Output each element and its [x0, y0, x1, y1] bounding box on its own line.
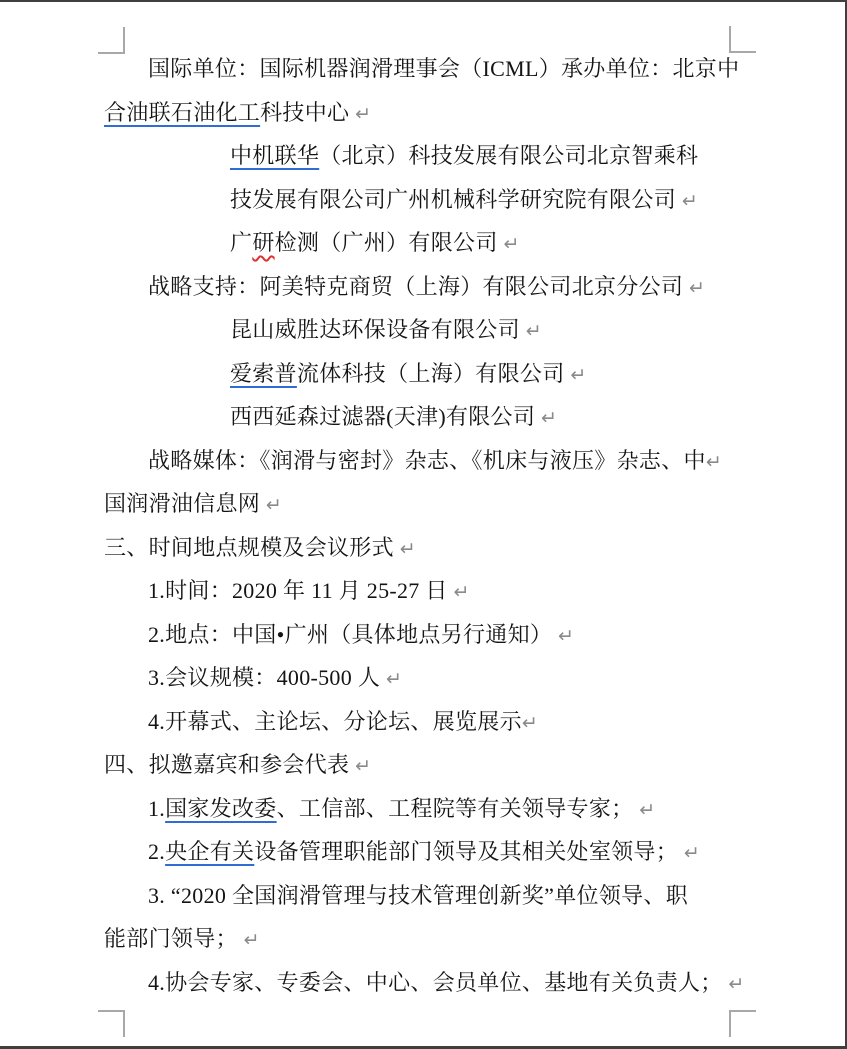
text-segment-underline: 国家发改委: [165, 796, 277, 821]
document-line[interactable]: 战略支持：阿美特克商贸（上海）有限公司北京分公司 ↵: [104, 265, 764, 309]
paragraph-mark-icon: ↵: [503, 233, 519, 255]
document-line[interactable]: 能部门领导； ↵: [104, 917, 764, 961]
text-segment: 检测（广州）有限公司: [275, 230, 504, 255]
document-line[interactable]: 3. “2020 全国润滑管理与技术管理创新奖”单位领导、职: [104, 874, 764, 918]
paragraph-mark-icon: ↵: [728, 973, 744, 995]
document-line[interactable]: 爱索普流体科技（上海）有限公司 ↵: [104, 352, 764, 396]
document-line[interactable]: 1.时间：2020 年 11 月 25-27 日 ↵: [104, 569, 764, 613]
paragraph-mark-icon: ↵: [541, 407, 557, 429]
document-line[interactable]: 广研检测（广州）有限公司 ↵: [104, 221, 764, 265]
text-segment: （北京）科技发展有限公司北京智乘科: [319, 143, 698, 168]
text-boundary-mark-bottom-left: [98, 1010, 125, 1037]
text-segment: 流体科技（上海）有限公司: [297, 361, 570, 386]
text-boundary-mark-bottom-right: [729, 1010, 756, 1037]
text-segment: 国润滑油信息网: [104, 491, 266, 516]
text-segment: 1.: [148, 796, 165, 821]
paragraph-mark-icon: ↵: [526, 320, 542, 342]
text-segment: 三、时间地点规模及会议形式: [104, 535, 400, 560]
document-line[interactable]: 3.会议规模：400-500 人 ↵: [104, 656, 764, 700]
paragraph-mark-icon: ↵: [355, 755, 371, 777]
text-segment: 科技中心: [260, 100, 355, 125]
text-segment: 四、拟邀嘉宾和参会代表: [104, 752, 355, 777]
text-segment-underline: 爱索普: [230, 361, 297, 386]
document-line[interactable]: 三、时间地点规模及会议形式 ↵: [104, 526, 764, 570]
paragraph-mark-icon: ↵: [558, 625, 574, 647]
text-segment-underline: 央企有关: [165, 839, 254, 864]
paragraph-mark-icon: ↵: [522, 712, 538, 734]
text-segment: 设备管理职能部门领导及其相关处室领导；: [254, 839, 684, 864]
text-segment: 广: [230, 230, 252, 255]
paragraph-mark-icon: ↵: [706, 451, 722, 473]
document-line[interactable]: 技发展有限公司广州机械科学研究院有限公司 ↵: [104, 178, 764, 222]
text-segment: 、工信部、工程院等有关领导专家；: [277, 796, 640, 821]
document-line[interactable]: 4.开幕式、主论坛、分论坛、展览展示↵: [104, 700, 764, 744]
paragraph-mark-icon: ↵: [570, 364, 586, 386]
document-line[interactable]: 4.协会专家、专委会、中心、会员单位、基地有关负责人； ↵: [104, 961, 764, 1005]
paragraph-mark-icon: ↵: [400, 538, 416, 560]
document-line[interactable]: 战略媒体：《润滑与密封》杂志、《机床与液压》杂志、中↵: [104, 439, 764, 483]
document-line[interactable]: 国际单位：国际机器润滑理事会（ICML）承办单位：北京中: [104, 47, 764, 91]
paragraph-mark-icon: ↵: [244, 929, 260, 951]
text-segment: 2.地点：中国•广州（具体地点另行通知）: [148, 622, 558, 647]
paragraph-mark-icon: ↵: [266, 494, 282, 516]
document-lines[interactable]: 国际单位：国际机器润滑理事会（ICML）承办单位：北京中合油联石油化工科技中心 …: [104, 47, 764, 1004]
document-line[interactable]: 西西延森过滤器(天津)有限公司 ↵: [104, 395, 764, 439]
document-line[interactable]: 2.地点：中国•广州（具体地点另行通知） ↵: [104, 613, 764, 657]
paragraph-mark-icon: ↵: [682, 190, 698, 212]
text-segment: 国际单位：国际机器润滑理事会（ICML）承办单位：北京中: [148, 56, 739, 81]
document-line[interactable]: 合油联石油化工科技中心 ↵: [104, 91, 764, 135]
text-segment: 2.: [148, 839, 165, 864]
text-segment: 能部门领导；: [104, 926, 244, 951]
text-segment: 1.时间：2020 年 11 月 25-27 日: [148, 578, 454, 603]
document-line[interactable]: 昆山威胜达环保设备有限公司 ↵: [104, 308, 764, 352]
text-segment: 技发展有限公司广州机械科学研究院有限公司: [230, 187, 682, 212]
document-line[interactable]: 四、拟邀嘉宾和参会代表 ↵: [104, 743, 764, 787]
document-page[interactable]: 国际单位：国际机器润滑理事会（ICML）承办单位：北京中合油联石油化工科技中心 …: [0, 0, 847, 1049]
text-segment: 西西延森过滤器(天津)有限公司: [230, 404, 541, 429]
text-segment: 昆山威胜达环保设备有限公司: [230, 317, 526, 342]
paragraph-mark-icon: ↵: [355, 103, 371, 125]
text-segment: 3. “2020 全国润滑管理与技术管理创新奖”单位领导、职: [148, 883, 688, 908]
paragraph-mark-icon: ↵: [639, 799, 655, 821]
text-segment: 战略媒体：《润滑与密封》杂志、《机床与液压》杂志、中: [148, 448, 706, 473]
paragraph-mark-icon: ↵: [386, 668, 402, 690]
text-segment-underline: 中机联华: [230, 143, 319, 168]
paragraph-mark-icon: ↵: [454, 581, 470, 603]
text-segment-squiggle: 研: [252, 230, 274, 255]
document-line[interactable]: 国润滑油信息网 ↵: [104, 482, 764, 526]
text-segment-underline: 合油联石油化工: [104, 100, 260, 125]
document-line[interactable]: 中机联华（北京）科技发展有限公司北京智乘科: [104, 134, 764, 178]
document-line[interactable]: 1.国家发改委、工信部、工程院等有关领导专家； ↵: [104, 787, 764, 831]
paragraph-mark-icon: ↵: [689, 277, 705, 299]
text-segment: 4.开幕式、主论坛、分论坛、展览展示: [148, 709, 522, 734]
text-segment: 战略支持：阿美特克商贸（上海）有限公司北京分公司: [148, 274, 689, 299]
text-segment: 3.会议规模：400-500 人: [148, 665, 386, 690]
document-line[interactable]: 2.央企有关设备管理职能部门领导及其相关处室领导； ↵: [104, 830, 764, 874]
paragraph-mark-icon: ↵: [684, 842, 700, 864]
text-segment: 4.协会专家、专委会、中心、会员单位、基地有关负责人；: [148, 970, 728, 995]
